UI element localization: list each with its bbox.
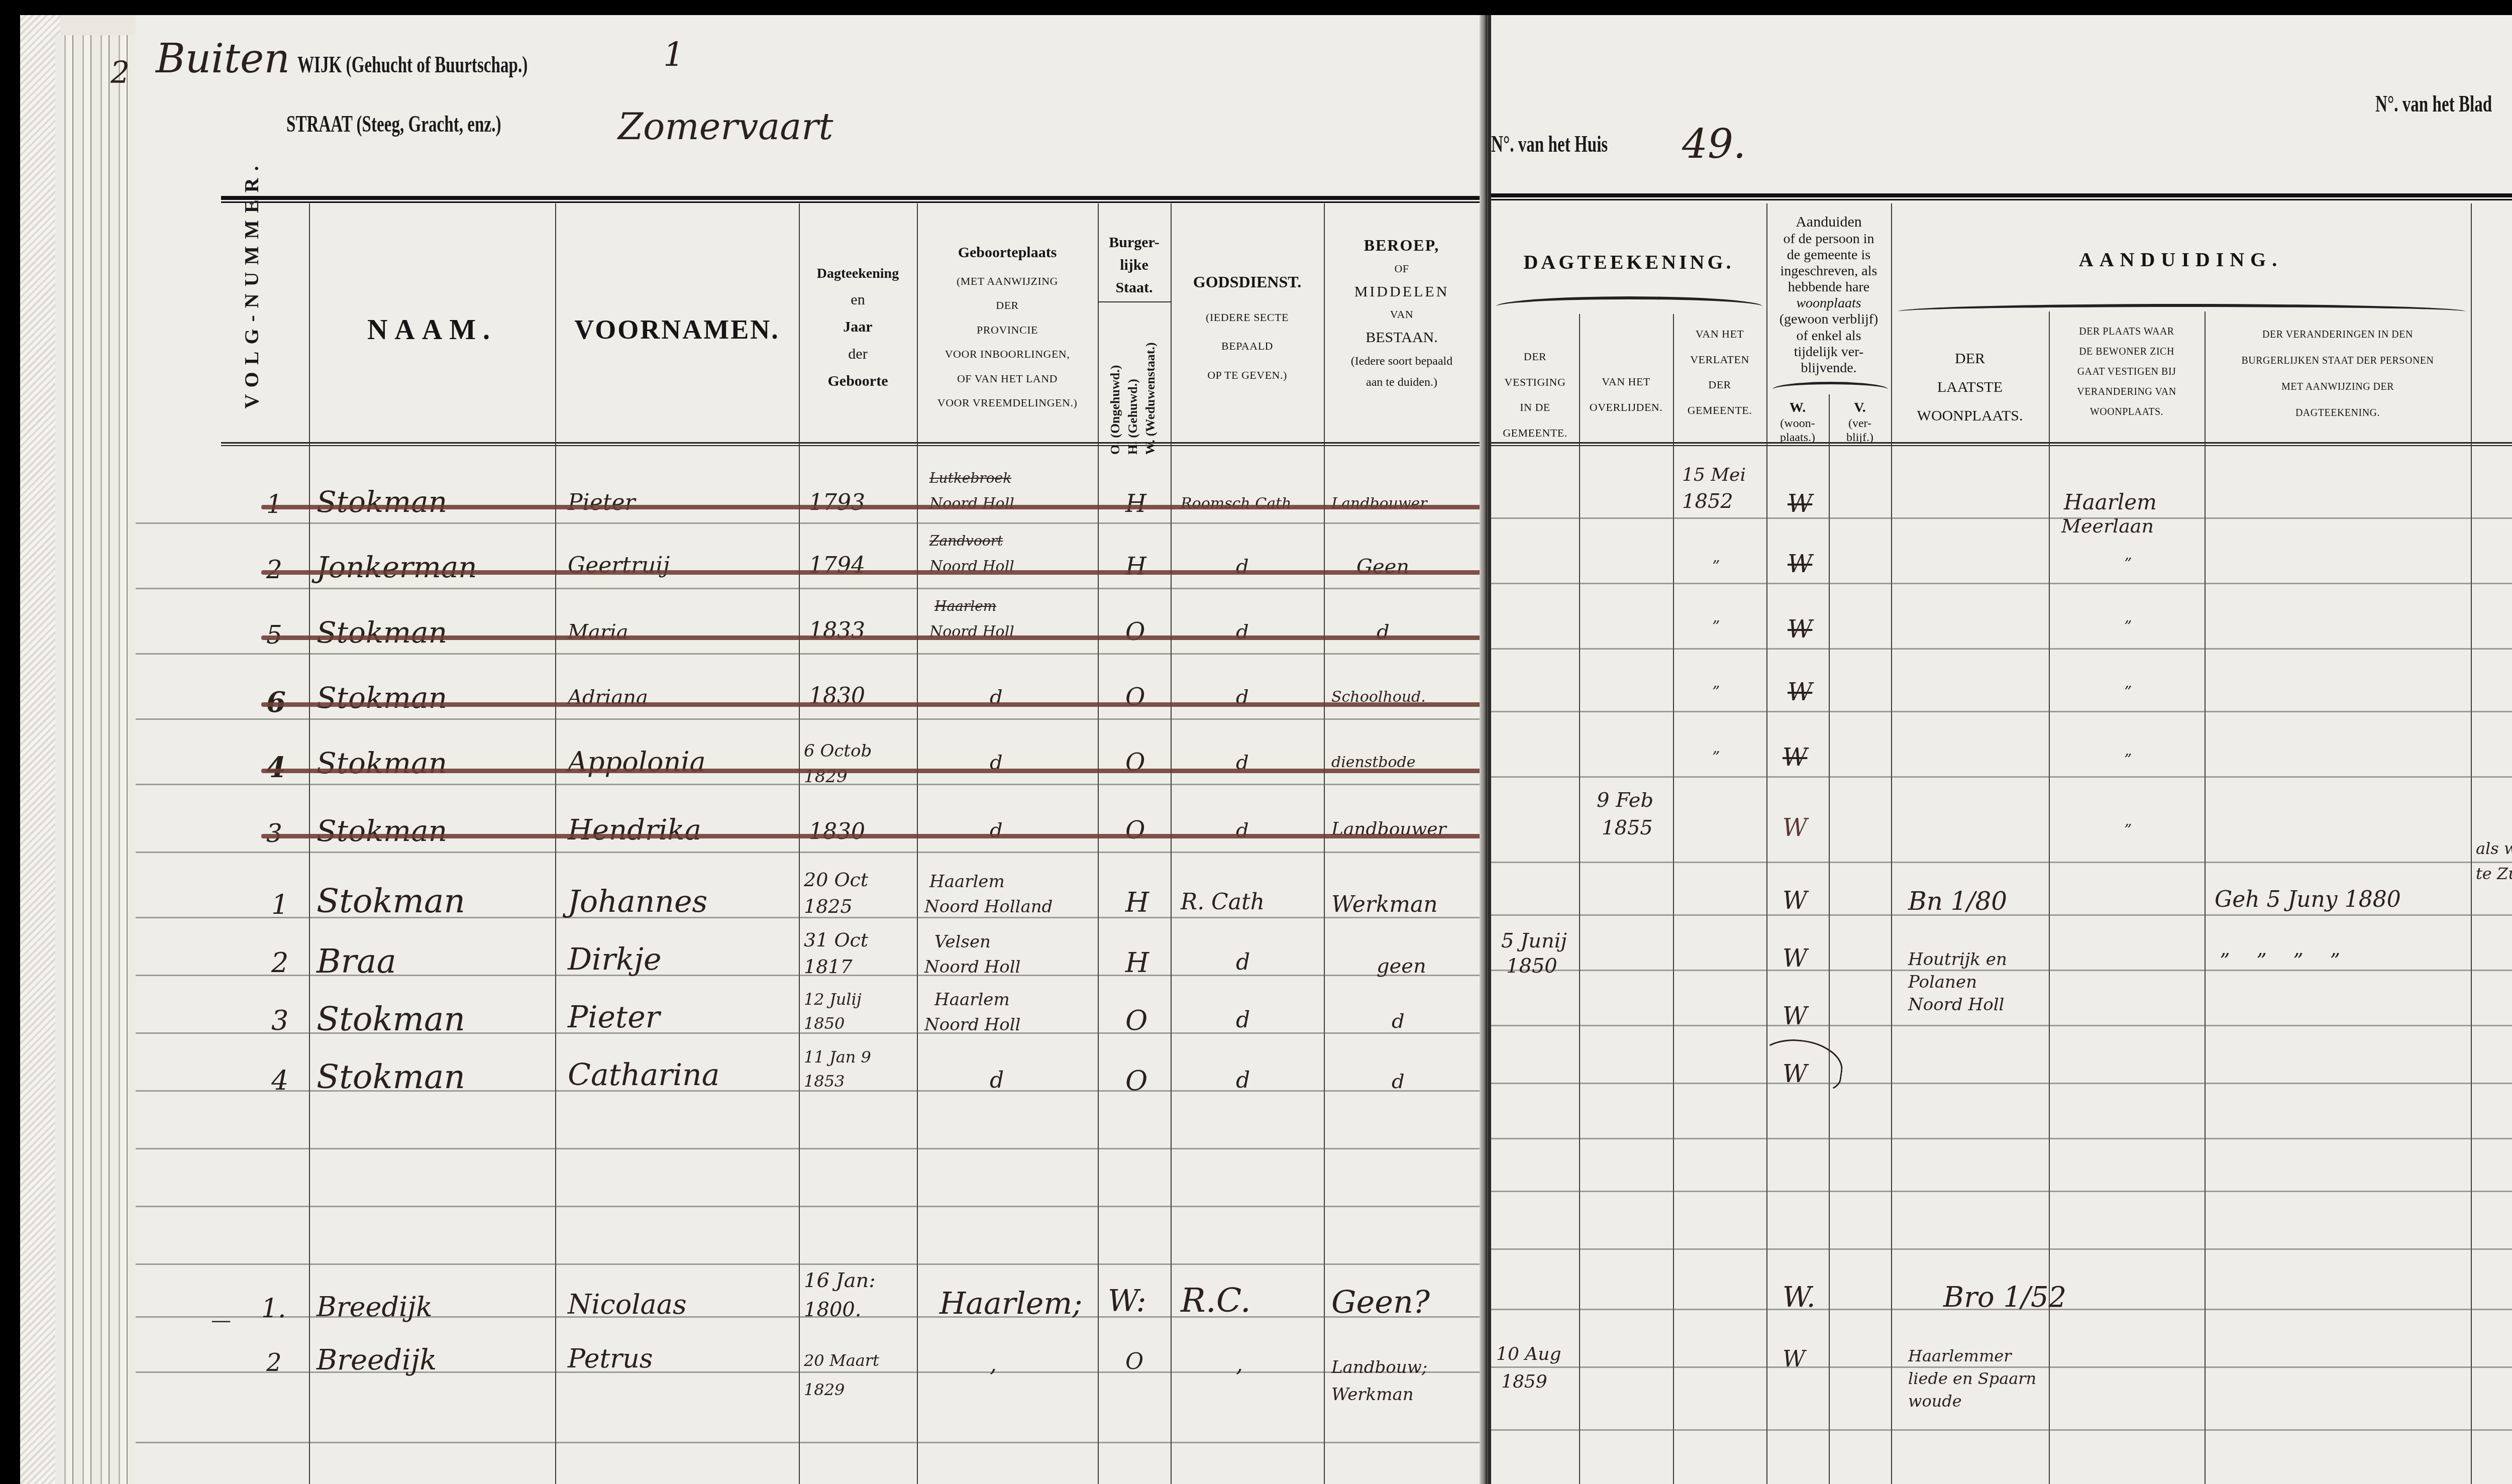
blad-field: N°. van het Blad 43: [2375, 90, 2512, 117]
row-line: [1491, 1083, 2512, 1084]
left-page: 2 Buiten WIJK (Gehucht of Buurtschap.) 1…: [136, 15, 1487, 1484]
row-line: [1491, 517, 2512, 519]
col-divider: [555, 203, 556, 1484]
header-verlaten: VAN HET VERLATEN DER GEMEENTE.: [1673, 322, 1766, 423]
row-line: [136, 718, 1487, 720]
header-geboorteplaats: Geboorteplaats (MET AANWIJZING DER PROVI…: [917, 236, 1098, 415]
row-line: [1491, 1025, 2512, 1026]
huis-field: N°. van het Huis 49.: [1491, 131, 1653, 157]
col-divider: [309, 203, 310, 1484]
bracket-mark: [1754, 1034, 1846, 1096]
header-naam: NAAM.: [309, 311, 555, 350]
col-divider: [1766, 203, 1767, 1484]
staat-w: W. (Weduwenstaat.): [1143, 294, 1158, 455]
book-cover-edge: [20, 15, 60, 1484]
header-rule-top: [221, 196, 1487, 203]
row-line: [1491, 1191, 2512, 1192]
brace-aanduiding: [1898, 304, 2466, 319]
header-aanmerkingen: AANMERKINGEN OVER TIJDELIJKE AFWEZIGHEID…: [2471, 226, 2512, 387]
row-line: [1491, 970, 2512, 971]
row-line: [136, 1442, 1487, 1443]
header-voornamen: VOORNAMEN.: [555, 311, 799, 348]
header-rule-bottom: [1491, 442, 2512, 446]
huis-label: N°. van het Huis: [1491, 131, 1608, 157]
right-page: N°. van het Huis 49. N°. van het Blad 43…: [1488, 15, 2512, 1484]
ornament-dash: ━━◆━━: [2471, 304, 2512, 324]
straat-value: Zomervaart: [618, 105, 833, 148]
row-line: [136, 1206, 1487, 1207]
header-rule-bottom: [221, 442, 1487, 446]
brace-wv: [1772, 382, 1888, 397]
col-divider: [2205, 311, 2206, 1484]
row-line: [1491, 776, 2512, 778]
header-volgnummer: VOLG-NUMMER.: [240, 238, 263, 409]
huis-value: 49.: [1682, 121, 1746, 167]
row-line: [1491, 583, 2512, 584]
col-divider: [1324, 203, 1325, 1484]
header-aanduiden: Aanduiden of de persoon in de gemeente i…: [1766, 214, 1891, 376]
header-dagteekening-geboorte: Dagteekening en Jaar der Geboorte: [799, 261, 917, 395]
ledger-book: 2 Buiten WIJK (Gehucht of Buurtschap.) 1…: [20, 15, 2512, 1484]
row-line: [136, 653, 1487, 655]
header-plaats-vestigen: DER PLAATS WAAR DE BEWONER ZICH GAAT VES…: [2049, 322, 2205, 422]
col-divider: [1098, 203, 1099, 1484]
row-line: [136, 1148, 1487, 1149]
header-burgerlijke-staat: Burger- lijke Staat.: [1098, 231, 1171, 299]
row-pointer-mark: —: [211, 1309, 231, 1332]
row-line: [1491, 648, 2512, 650]
col-divider: [1829, 394, 1830, 1484]
row-line: [1491, 1248, 2512, 1250]
header-godsdienst: GODSDIENST. (IEDERE SECTE BEPAALD OP TE …: [1171, 261, 1324, 389]
header-w-woonplaats: W. (woon- plaats.): [1766, 399, 1829, 445]
row-line: [136, 1263, 1487, 1265]
wijk-prefix: Buiten: [156, 35, 290, 82]
straat-field: STRAAT (Steeg, Gracht, enz.) Zomervaart: [286, 111, 585, 137]
row-line: [1491, 1366, 2512, 1368]
wijk-field: Buiten WIJK (Gehucht of Buurtschap.) 1: [156, 35, 617, 82]
blad-label: N°. van het Blad: [2375, 90, 2492, 117]
header-laatste-woonplaats: DER LAATSTE WOONPLAATS.: [1891, 344, 2049, 430]
row-line: [1491, 1138, 2512, 1139]
staat-o: O. (Ongehuwd.): [1108, 294, 1123, 455]
header-dagteekening: DAGTEEKENING.: [1491, 249, 1766, 276]
wijk-value: 1: [663, 35, 684, 74]
straat-label: STRAAT (Steeg, Gracht, enz.): [286, 111, 501, 137]
row-line: [136, 522, 1487, 524]
margin-mark: 2: [111, 55, 130, 90]
header-rule-top: [1491, 193, 2512, 200]
header-beroep: BEROEP, OF MIDDELEN VAN BESTAAN. (Iedere…: [1324, 231, 1480, 393]
header-overlijden: VAN HET OVERLIJDEN.: [1579, 369, 1673, 420]
header-veranderingen: DER VERANDERINGEN IN DEN BURGERLIJKEN ST…: [2205, 322, 2471, 426]
row-line: [1491, 711, 2512, 712]
header-aanduiding: AANDUIDING.: [1891, 246, 2471, 273]
row-line: [136, 588, 1487, 589]
row-line: [1491, 1429, 2512, 1431]
wijk-label: WIJK (Gehucht of Buurtschap.): [297, 51, 528, 78]
header-vestiging: DER VESTIGING IN DE GEMEENTE.: [1491, 344, 1579, 446]
col-divider: [799, 203, 800, 1484]
row-line: [136, 852, 1487, 853]
row-line: [1491, 862, 2512, 863]
staat-h: H. (Gehuwd.): [1125, 294, 1140, 455]
header-v-verblijf: V. (ver- blijf.): [1829, 399, 1891, 445]
col-divider: [2471, 203, 2472, 1484]
col-divider: [1171, 203, 1172, 1484]
brace-dagteekening: [1496, 296, 1762, 316]
